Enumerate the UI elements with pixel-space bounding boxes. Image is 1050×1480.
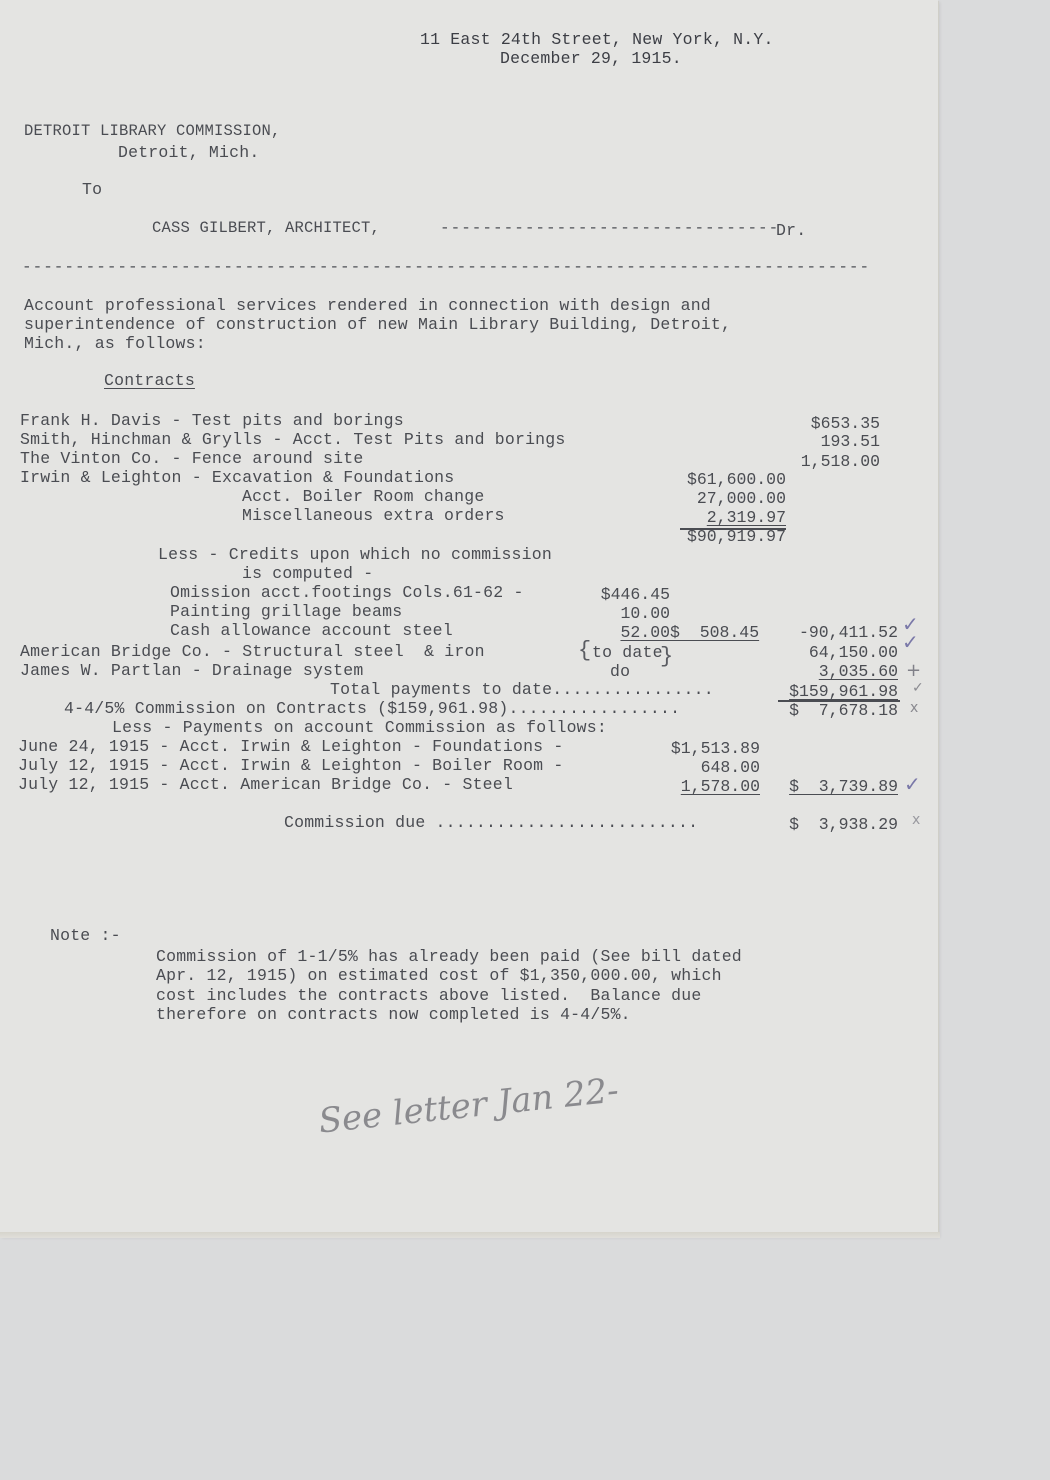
contract-amount: 1,518.00 — [801, 452, 880, 471]
payments-heading: Less - Payments on account Commission as… — [112, 718, 607, 737]
intro-line-1: Account professional services rendered i… — [24, 296, 711, 315]
payment-label: July 12, 1915 - Acct. Irwin & Leighton -… — [18, 756, 564, 775]
note-line: Apr. 12, 1915) on estimated cost of $1,3… — [156, 966, 722, 985]
other-contract-label: James W. Partlan - Drainage system — [20, 661, 363, 680]
other-contract-note: do — [610, 662, 630, 681]
note-line: Commission of 1-1/5% has already been pa… — [156, 947, 742, 966]
check-mark-icon: ✓ — [912, 680, 924, 696]
credits-heading-2: is computed - — [242, 564, 373, 583]
section-heading-contracts: Contracts — [104, 371, 195, 390]
check-mark-icon: ✓ — [902, 630, 919, 654]
x-mark-icon: x — [910, 700, 918, 716]
note-line: cost includes the contracts above listed… — [156, 986, 702, 1005]
payment-amount: 1,578.00 — [681, 777, 760, 796]
credit-label: Cash allowance account steel — [170, 621, 453, 640]
contract-label: The Vinton Co. - Fence around site — [20, 449, 363, 468]
credit-amount: 52.00 — [620, 623, 670, 642]
brace-open: { — [578, 642, 591, 660]
contract-amount: 193.51 — [821, 432, 880, 451]
credits-net: -90,411.52 — [799, 623, 898, 642]
commission-label: 4-4/5% Commission on Contracts ($159,961… — [64, 699, 680, 718]
cross-mark-icon: + — [906, 660, 921, 681]
x-mark-icon: x — [912, 812, 920, 828]
total-payments-label: Total payments to date................ — [330, 680, 714, 699]
sender-address: 11 East 24th Street, New York, N.Y. — [420, 30, 774, 49]
creditor-name: CASS GILBERT, ARCHITECT, — [152, 219, 380, 238]
irwin-subtotal: $90,919.97 — [687, 527, 786, 546]
recipient-city: Detroit, Mich. — [118, 143, 259, 162]
check-mark-icon: ✓ — [904, 772, 921, 796]
irwin-item-label: Acct. Boiler Room change — [242, 487, 484, 506]
separator-dashes: ----------------------------------------… — [22, 258, 868, 276]
letter-page: 11 East 24th Street, New York, N.Y. Dece… — [0, 0, 938, 1236]
debtor-label: Dr. — [776, 221, 806, 240]
irwin-item-label: Irwin & Leighton - Excavation & Foundati… — [20, 468, 454, 487]
credit-amount: 10.00 — [620, 604, 670, 623]
commission-due-amount: $ 3,938.29 — [789, 815, 898, 834]
note-label: Note :- — [50, 926, 121, 945]
contract-label: Smith, Hinchman & Grylls - Acct. Test Pi… — [20, 430, 566, 449]
credits-total: $ 508.45 — [670, 623, 759, 642]
leader-dashes: ----------------------------------------… — [440, 219, 776, 237]
brace-close: } — [660, 648, 673, 666]
irwin-item-amount: $61,600.00 — [687, 470, 786, 489]
other-contract-note: to date — [592, 643, 663, 662]
total-payments-amount: $159,961.98 — [789, 682, 898, 701]
contract-amount: $653.35 — [811, 414, 880, 433]
other-contract-label: American Bridge Co. - Structural steel &… — [20, 642, 485, 661]
payment-label: June 24, 1915 - Acct. Irwin & Leighton -… — [18, 737, 564, 756]
payment-label: July 12, 1915 - Acct. American Bridge Co… — [18, 775, 513, 794]
commission-due-label: Commission due .........................… — [284, 813, 698, 832]
credit-label: Painting grillage beams — [170, 602, 402, 621]
credit-amount: $446.45 — [601, 585, 670, 604]
payments-total: $ 3,739.89 — [789, 777, 898, 796]
payment-amount: $1,513.89 — [671, 739, 760, 758]
other-contract-amount: 64,150.00 — [809, 643, 898, 662]
credit-label: Omission acct.footings Cols.61-62 - — [170, 583, 524, 602]
commission-amount: $ 7,678.18 — [789, 701, 898, 720]
paper-edge — [0, 1232, 940, 1238]
irwin-item-amount: 27,000.00 — [697, 489, 786, 508]
contract-label: Frank H. Davis - Test pits and borings — [20, 411, 404, 430]
other-contract-amount: 3,035.60 — [819, 662, 898, 681]
handwritten-note: See letter Jan 22- — [317, 1070, 621, 1141]
letter-date: December 29, 1915. — [500, 49, 682, 68]
to-label: To — [82, 180, 102, 199]
intro-line-3: Mich., as follows: — [24, 334, 206, 353]
payment-amount: 648.00 — [701, 758, 760, 777]
note-line: therefore on contracts now completed is … — [156, 1005, 631, 1024]
irwin-item-label: Miscellaneous extra orders — [242, 506, 505, 525]
irwin-item-amount: 2,319.97 — [707, 508, 786, 527]
recipient-name: DETROIT LIBRARY COMMISSION, — [24, 122, 281, 141]
credits-heading: Less - Credits upon which no commission — [158, 545, 552, 564]
intro-line-2: superintendence of construction of new M… — [24, 315, 731, 334]
